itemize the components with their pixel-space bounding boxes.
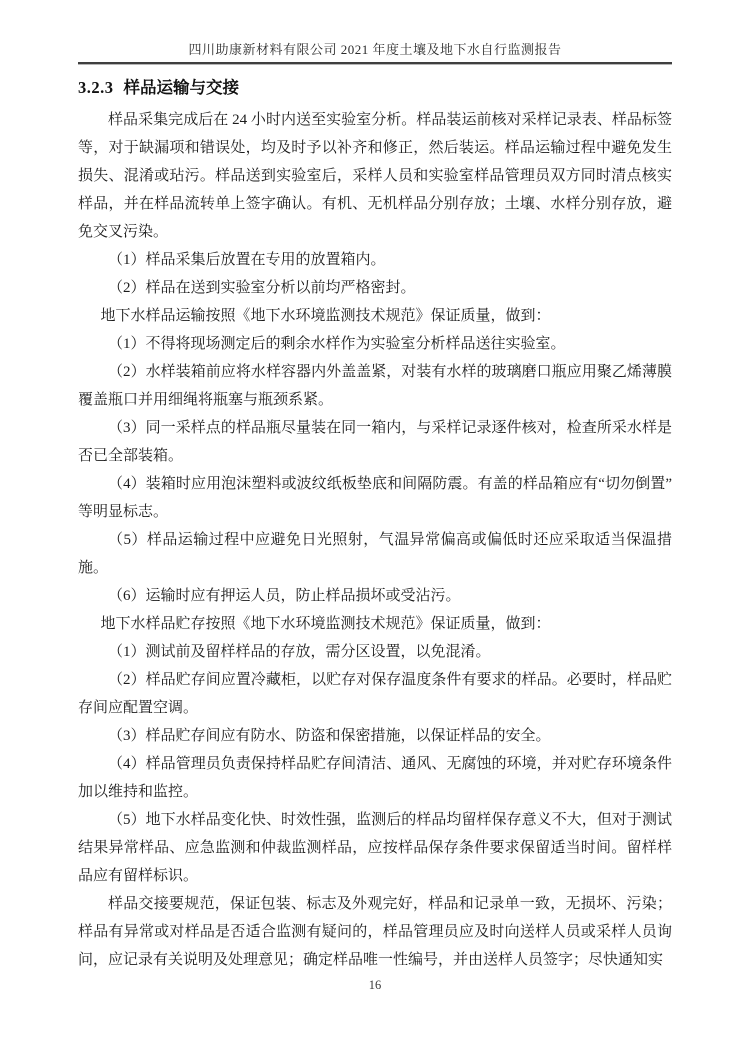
paragraph: （5）样品运输过程中应避免日光照射，气温异常偏高或偏低时还应采取适当保温措施。: [78, 526, 672, 582]
paragraph: （4）装箱时应用泡沫塑料或波纹纸板垫底和间隔防震。有盖的样品箱应有“切勿倒置”等…: [78, 470, 672, 526]
header-divider: [78, 62, 672, 65]
paragraph: （2）水样装箱前应将水样容器内外盖盖紧，对装有水样的玻璃磨口瓶应用聚乙烯薄膜覆盖…: [78, 358, 672, 414]
paragraph: （2）样品贮存间应置冷藏柜，以贮存对保存温度条件有要求的样品。必要时，样品贮存间…: [78, 666, 672, 722]
paragraph: 样品交接要规范，保证包装、标志及外观完好，样品和记录单一致，无损坏、污染；样品有…: [78, 890, 672, 974]
paragraph: （5）地下水样品变化快、时效性强，监测后的样品均留样保存意义不大，但对于测试结果…: [78, 806, 672, 890]
paragraph: （1）测试前及留样样品的存放，需分区设置，以免混淆。: [78, 638, 672, 666]
paragraph: （2）样品在送到实验室分析以前均严格密封。: [78, 274, 672, 302]
paragraph: 地下水样品运输按照《地下水环境监测技术规范》保证质量，做到：: [78, 302, 672, 330]
section-number: 3.2.3: [78, 78, 114, 97]
paragraph: （6）运输时应有押运人员，防止样品损坏或受沾污。: [78, 582, 672, 610]
document-page: 四川助康新材料有限公司 2021 年度土壤及地下水自行监测报告 3.2.3样品运…: [0, 0, 750, 1061]
paragraph: （4）样品管理员负责保持样品贮存间清洁、通风、无腐蚀的环境，并对贮存环境条件加以…: [78, 750, 672, 806]
paragraph: 地下水样品贮存按照《地下水环境监测技术规范》保证质量，做到：: [78, 610, 672, 638]
paragraph: （3）样品贮存间应有防水、防盗和保密措施，以保证样品的安全。: [78, 722, 672, 750]
section-title: 样品运输与交接: [124, 78, 240, 97]
document-body: 样品采集完成后在 24 小时内送至实验室分析。样品装运前核对采样记录表、样品标签…: [78, 106, 672, 974]
section-heading: 3.2.3样品运输与交接: [78, 77, 672, 99]
page-header: 四川助康新材料有限公司 2021 年度土壤及地下水自行监测报告: [78, 0, 672, 65]
page-number: 16: [0, 978, 750, 993]
report-header-title: 四川助康新材料有限公司 2021 年度土壤及地下水自行监测报告: [78, 42, 672, 57]
paragraph: 样品采集完成后在 24 小时内送至实验室分析。样品装运前核对采样记录表、样品标签…: [78, 106, 672, 246]
paragraph: （3）同一采样点的样品瓶尽量装在同一箱内，与采样记录逐件核对，检查所采水样是否已…: [78, 414, 672, 470]
paragraph: （1）不得将现场测定后的剩余水样作为实验室分析样品送往实验室。: [78, 330, 672, 358]
paragraph: （1）样品采集后放置在专用的放置箱内。: [78, 246, 672, 274]
